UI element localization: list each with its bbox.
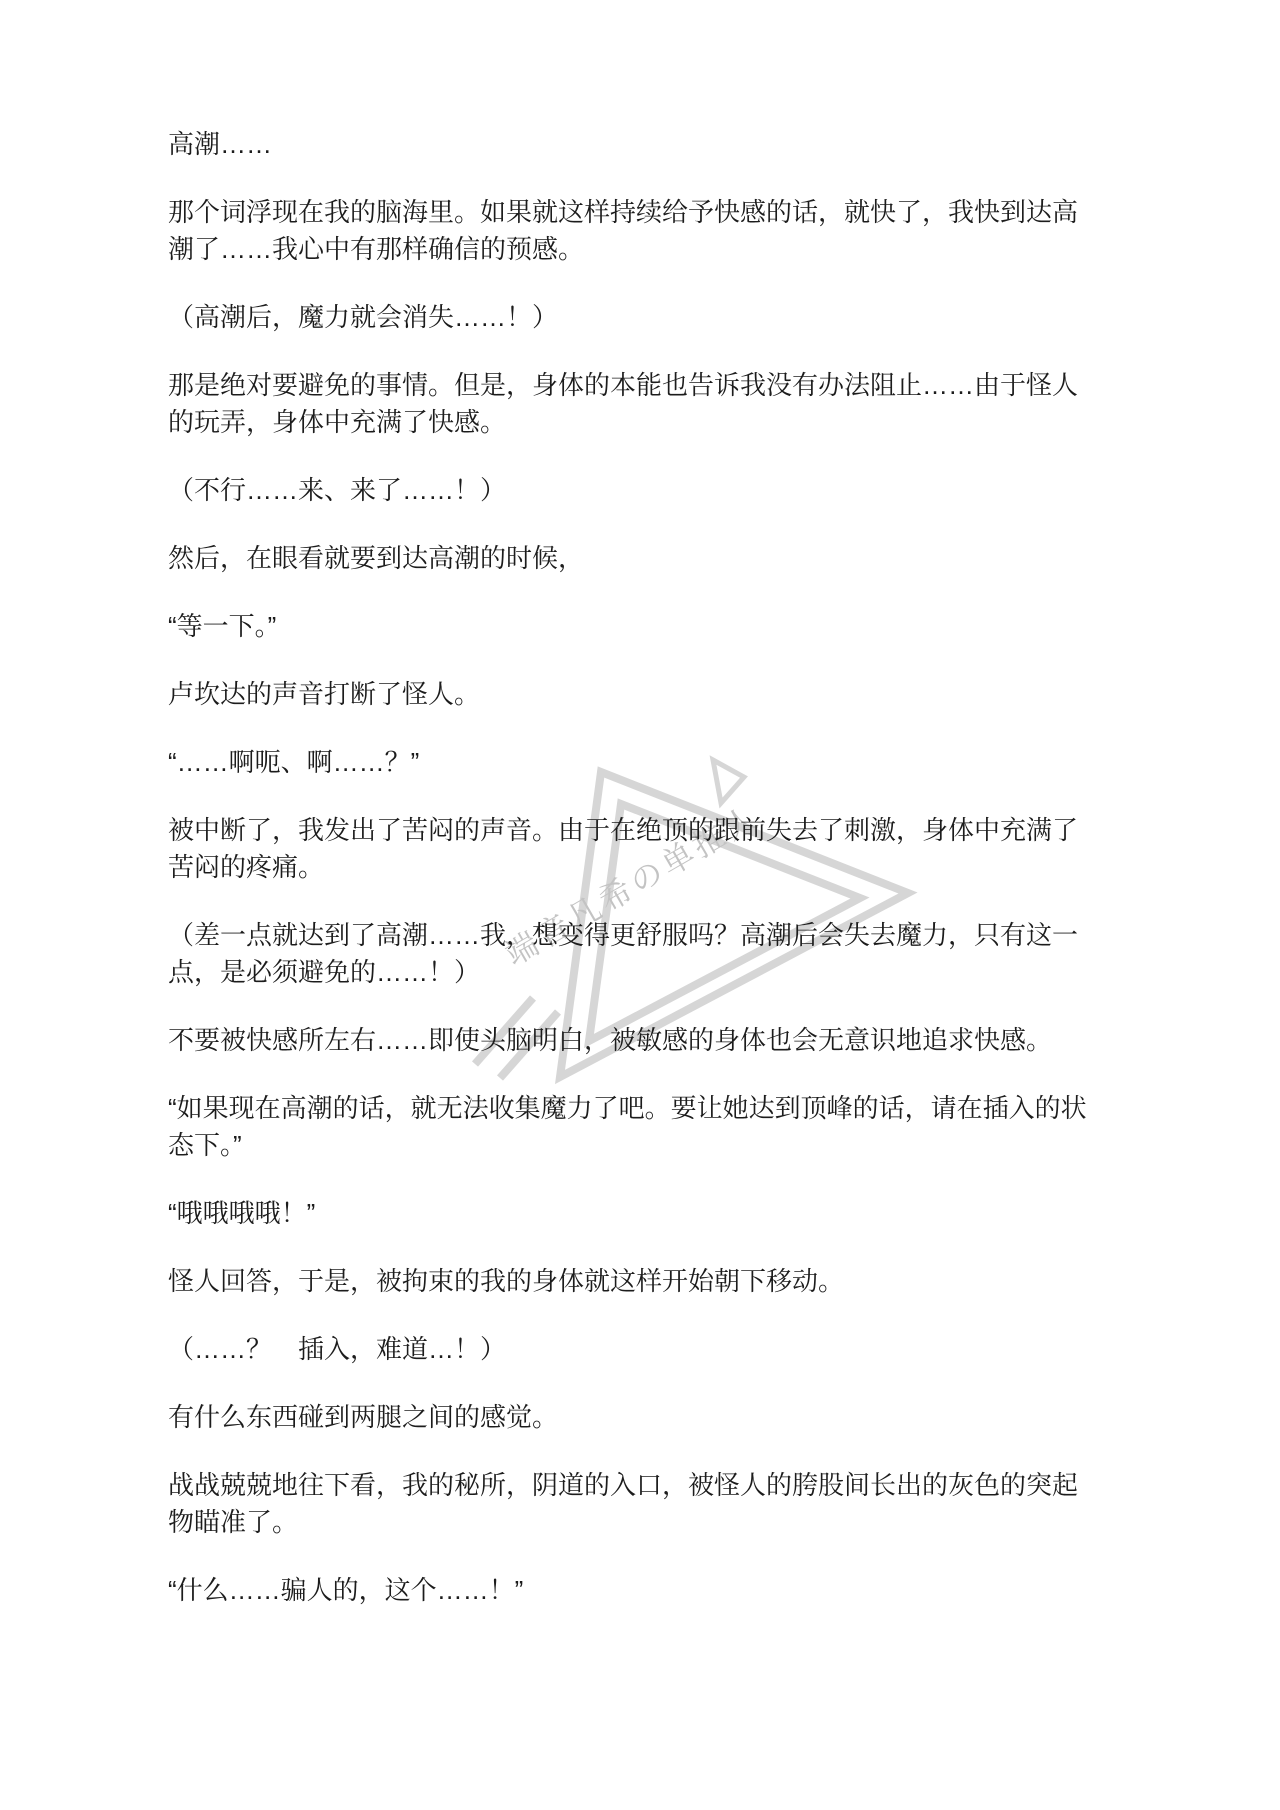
story-text: 高潮…… 那个词浮现在我的脑海里。如果就这样持续给予快感的话，就快了，我快到达高… [168, 126, 1088, 1640]
paragraph: “等一下。” [168, 608, 1088, 645]
paragraph: （……？ 插入，难道…！） [168, 1331, 1088, 1368]
paragraph: 不要被快感所左右……即使头脑明白，被敏感的身体也会无意识地追求快感。 [168, 1022, 1088, 1059]
paragraph: 那是绝对要避免的事情。但是，身体的本能也告诉我没有办法阻止……由于怪人的玩弄，身… [168, 367, 1088, 441]
paragraph: “如果现在高潮的话，就无法收集魔力了吧。要让她达到顶峰的话，请在插入的状态下。” [168, 1090, 1088, 1164]
paragraph: “什么……骗人的，这个……！” [168, 1572, 1088, 1609]
paragraph: 卢坎达的声音打断了怪人。 [168, 676, 1088, 713]
paragraph: 有什么东西碰到两腿之间的感觉。 [168, 1399, 1088, 1436]
paragraph: 然后，在眼看就要到达高潮的时候， [168, 540, 1088, 577]
document-page: 端音凡希の单推人 高潮…… 那个词浮现在我的脑海里。如果就这样持续给予快感的话，… [0, 0, 1280, 1810]
paragraph: （不行……来、来了……！） [168, 472, 1088, 509]
paragraph: （高潮后，魔力就会消失……！） [168, 299, 1088, 336]
paragraph: “……啊呃、啊……？” [168, 744, 1088, 781]
paragraph: 被中断了，我发出了苦闷的声音。由于在绝顶的跟前失去了刺激，身体中充满了苦闷的疼痛… [168, 812, 1088, 886]
paragraph: 高潮…… [168, 126, 1088, 163]
paragraph: （差一点就达到了高潮……我，想变得更舒服吗？高潮后会失去魔力，只有这一点，是必须… [168, 917, 1088, 991]
paragraph: 战战兢兢地往下看，我的秘所，阴道的入口，被怪人的胯股间长出的灰色的突起物瞄准了。 [168, 1467, 1088, 1541]
paragraph: “哦哦哦哦！” [168, 1195, 1088, 1232]
paragraph: 那个词浮现在我的脑海里。如果就这样持续给予快感的话，就快了，我快到达高潮了……我… [168, 194, 1088, 268]
paragraph: 怪人回答，于是，被拘束的我的身体就这样开始朝下移动。 [168, 1263, 1088, 1300]
